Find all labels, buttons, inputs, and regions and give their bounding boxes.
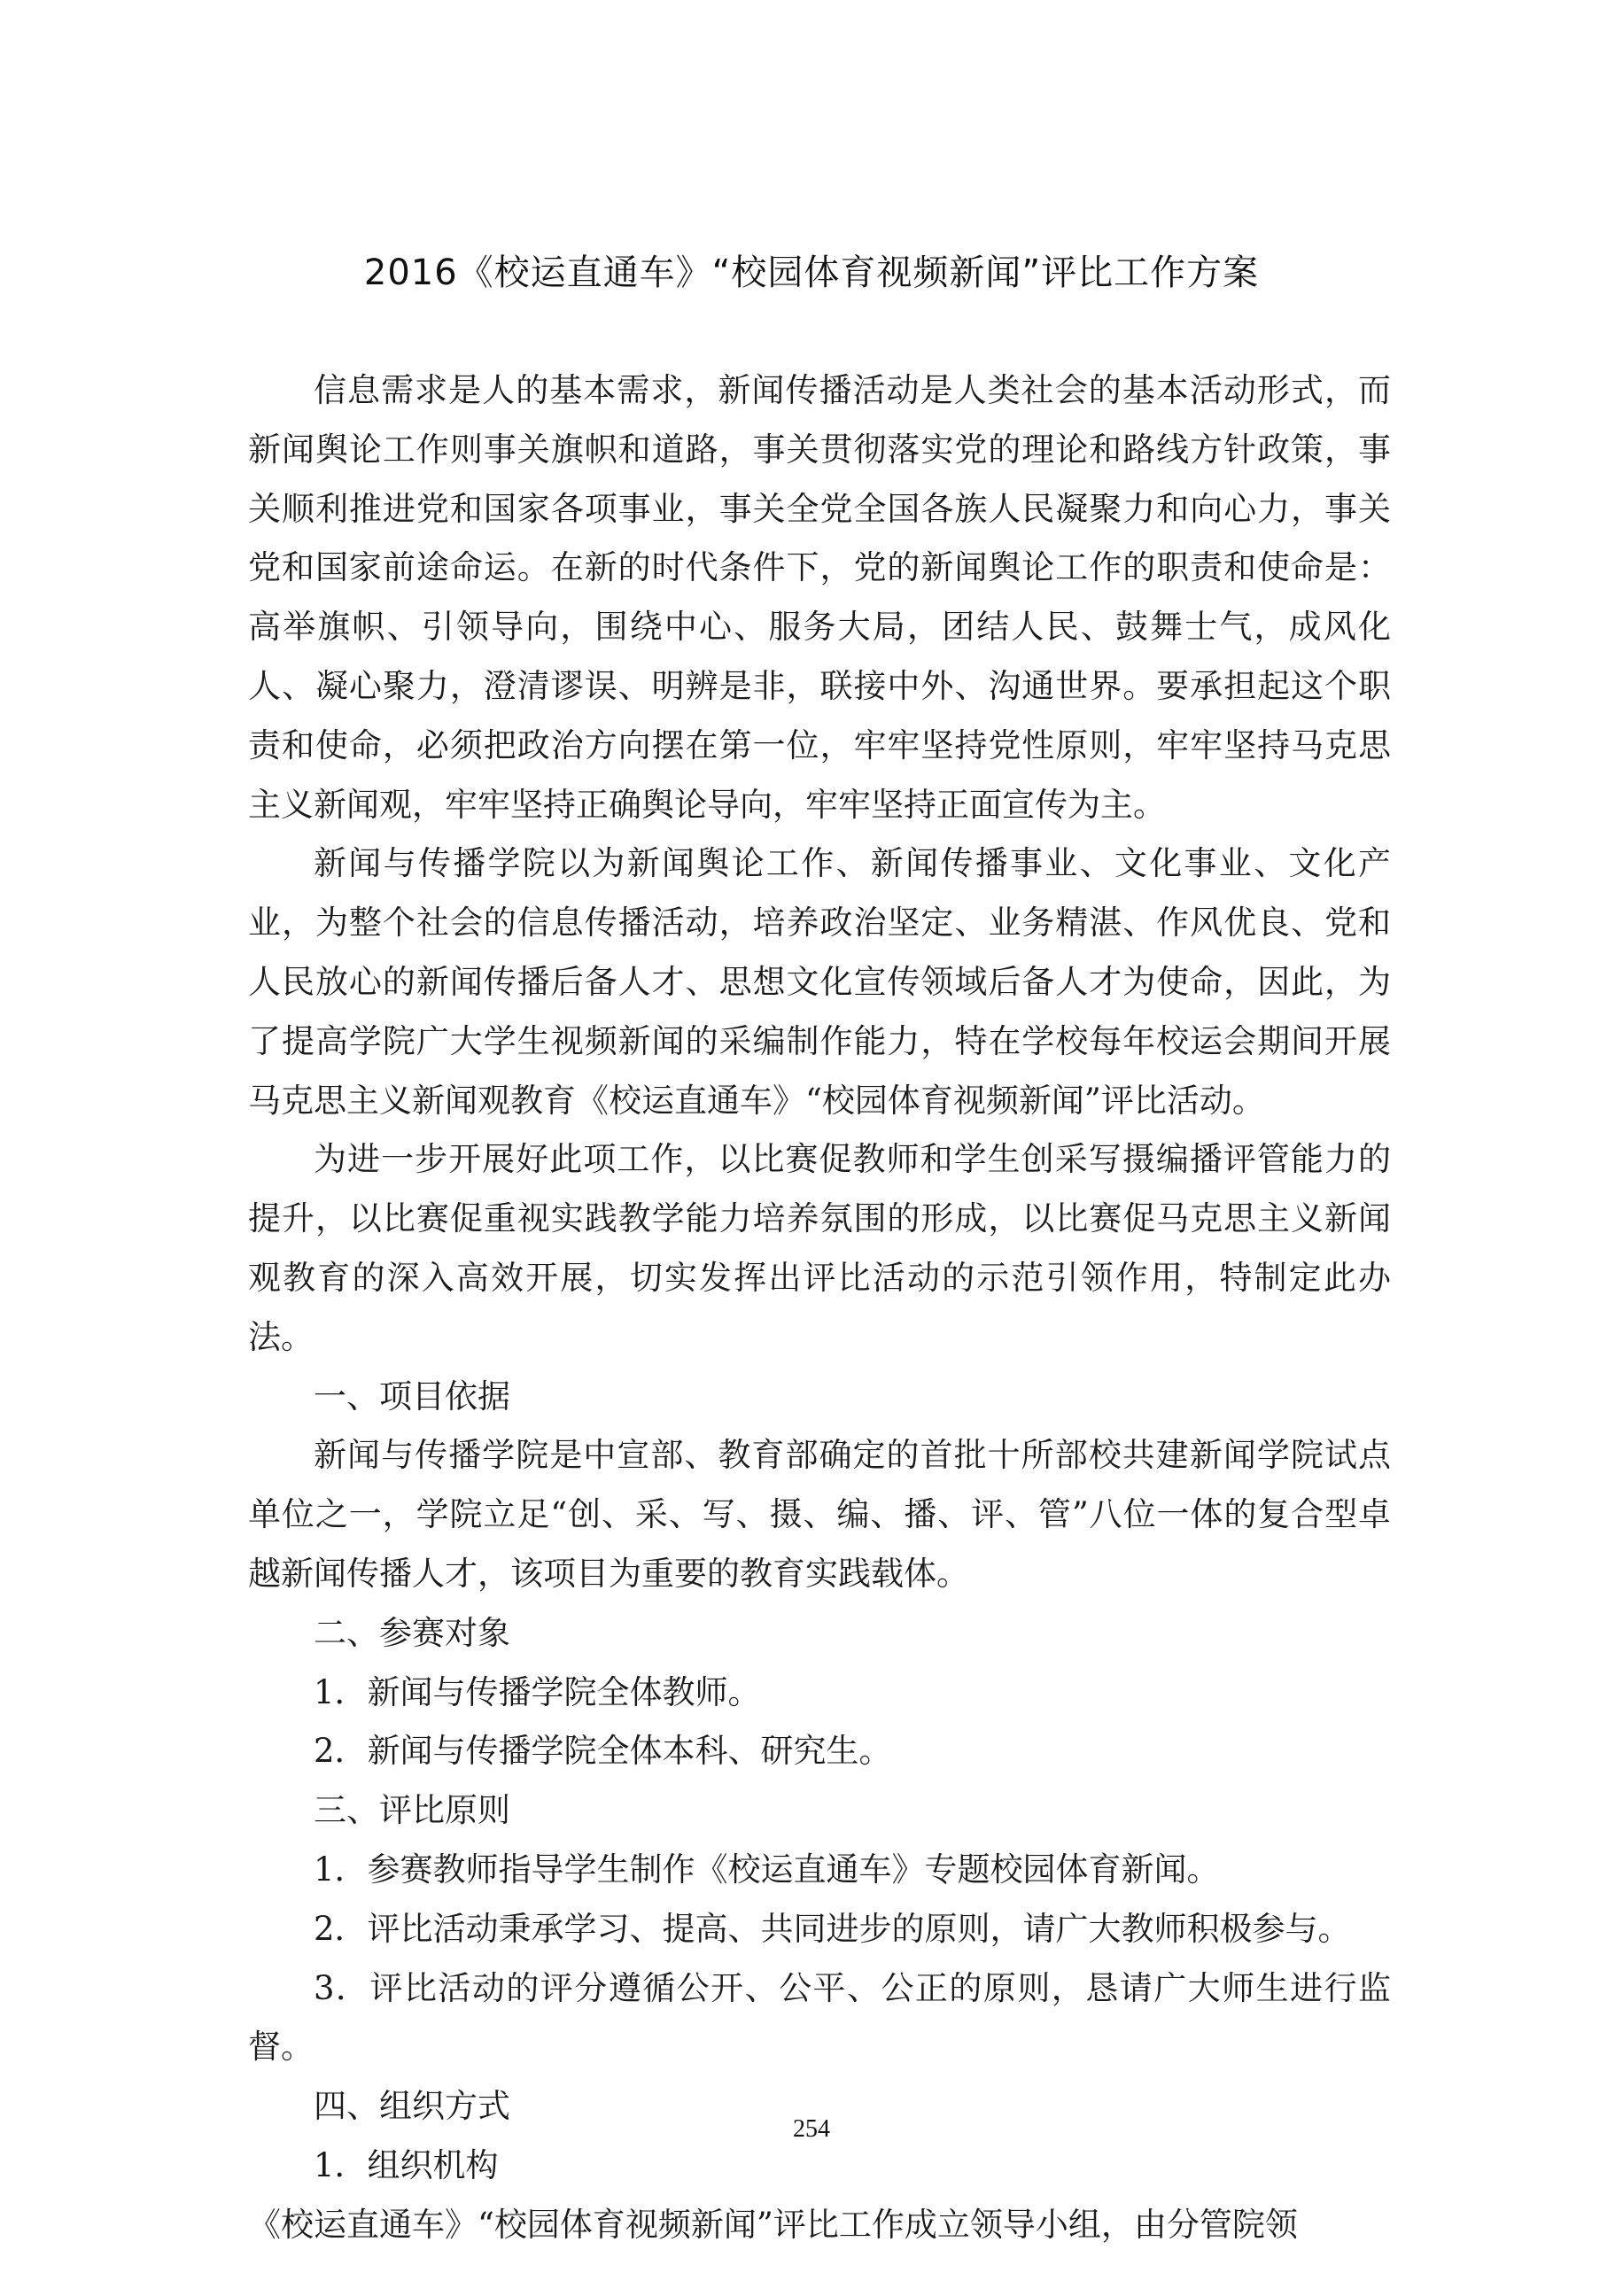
section-heading-principles: 三、评比原则 (248, 1781, 1391, 1841)
paragraph-organization: 《校运直通车》“校园体育视频新闻”评比工作成立领导小组，由分管院领 (248, 2196, 1391, 2255)
list-item-participants-1: 1．新闻与传播学院全体教师。 (248, 1664, 1391, 1723)
page-number: 254 (0, 2115, 1623, 2144)
list-item-principles-3: 3．评比活动的评分遵循公开、公平、公正的原则，恳请广大师生进行监督。 (248, 1959, 1391, 2078)
list-item-participants-2: 2．新闻与传播学院全体本科、研究生。 (248, 1722, 1391, 1781)
list-item-principles-1: 1．参赛教师指导学生制作《校运直通车》专题校园体育新闻。 (248, 1841, 1391, 1900)
document-body: 信息需求是人的基本需求，新闻传播活动是人类社会的基本活动形式，而新闻舆论工作则事… (248, 361, 1391, 2255)
page-title: 2016《校运直通车》“校园体育视频新闻”评比工作方案 (0, 246, 1623, 299)
paragraph-intro-2: 新闻与传播学院以为新闻舆论工作、新闻传播事业、文化事业、文化产业，为整个社会的信… (248, 834, 1391, 1130)
section-heading-participants: 二、参赛对象 (248, 1604, 1391, 1664)
section-heading-basis: 一、项目依据 (248, 1368, 1391, 1427)
list-item-organization-1: 1．组织机构 (248, 2137, 1391, 2196)
paragraph-basis: 新闻与传播学院是中宣部、教育部确定的首批十所部校共建新闻学院试点单位之一，学院立… (248, 1426, 1391, 1603)
paragraph-intro-1: 信息需求是人的基本需求，新闻传播活动是人类社会的基本活动形式，而新闻舆论工作则事… (248, 361, 1391, 834)
document-page: 2016《校运直通车》“校园体育视频新闻”评比工作方案 信息需求是人的基本需求，… (0, 0, 1623, 2296)
list-item-principles-2: 2．评比活动秉承学习、提高、共同进步的原则，请广大教师积极参与。 (248, 1900, 1391, 1959)
paragraph-intro-3: 为进一步开展好此项工作，以比赛促教师和学生创采写摄编播评管能力的提升，以比赛促重… (248, 1130, 1391, 1367)
